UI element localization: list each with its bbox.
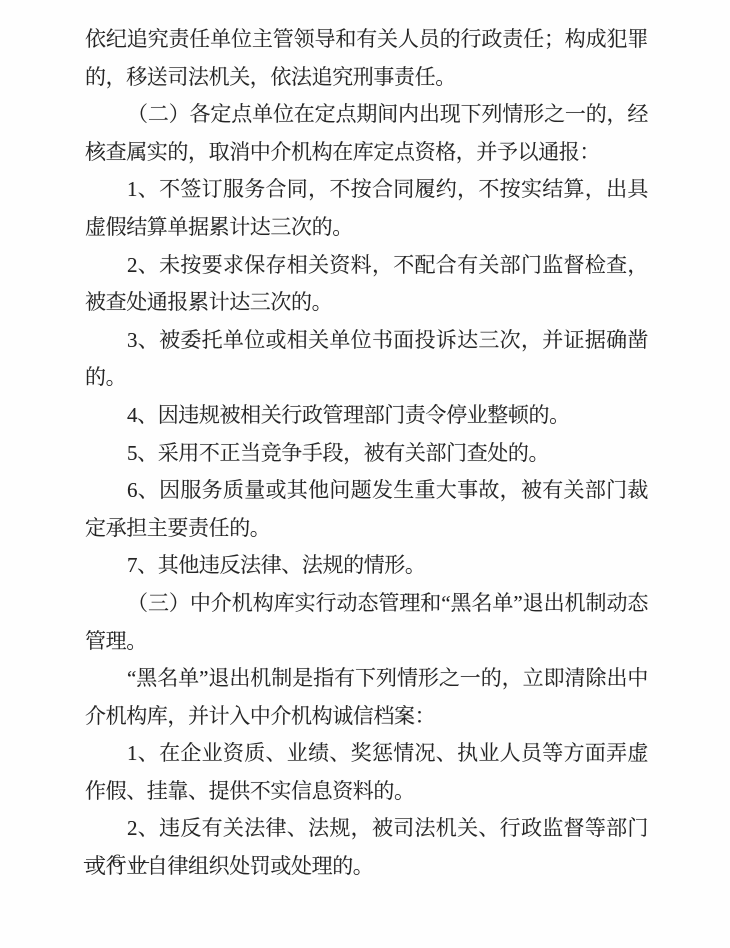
paragraph-item-1: 1、不签订服务合同，不按合同履约，不按实结算，出具虚假结算单据累计达三次的。 [85,171,648,246]
paragraph-blacklist-item-2: 2、违反有关法律、法规，被司法机关、行政监督等部门或行业自律组织处罚或处理的。 [85,810,648,885]
paragraph-continuation: 依纪追究责任单位主管领导和有关人员的行政责任；构成犯罪的，移送司法机关，依法追究… [85,21,648,96]
paragraph-blacklist-item-1: 1、在企业资质、业绩、奖惩情况、执业人员等方面弄虚作假、挂靠、提供不实信息资料的… [85,735,648,810]
paragraph-blacklist-intro: “黑名单”退出机制是指有下列情形之一的，立即清除出中介机构库，并计入中介机构诚信… [85,660,648,735]
paragraph-item-5: 5、采用不正当竞争手段，被有关部门查处的。 [85,435,648,473]
document-page: 依纪追究责任单位主管领导和有关人员的行政责任；构成犯罪的，移送司法机关，依法追究… [0,0,730,948]
paragraph-section-3: （三）中介机构库实行动态管理和“黑名单”退出机制动态管理。 [85,585,648,660]
paragraph-item-3: 3、被委托单位或相关单位书面投诉达三次，并证据确凿的。 [85,322,648,397]
document-body-text: 依纪追究责任单位主管领导和有关人员的行政责任；构成犯罪的，移送司法机关，依法追究… [85,21,648,886]
page-number: — 6 — [84,851,151,873]
paragraph-item-6: 6、因服务质量或其他问题发生重大事故，被有关部门裁定承担主要责任的。 [85,472,648,547]
paragraph-item-4: 4、因违规被相关行政管理部门责令停业整顿的。 [85,397,648,435]
paragraph-section-2: （二）各定点单位在定点期间内出现下列情形之一的，经核查属实的，取消中介机构在库定… [85,96,648,171]
paragraph-item-2: 2、未按要求保存相关资料，不配合有关部门监督检查，被查处通报累计达三次的。 [85,247,648,322]
paragraph-item-7: 7、其他违反法律、法规的情形。 [85,547,648,585]
